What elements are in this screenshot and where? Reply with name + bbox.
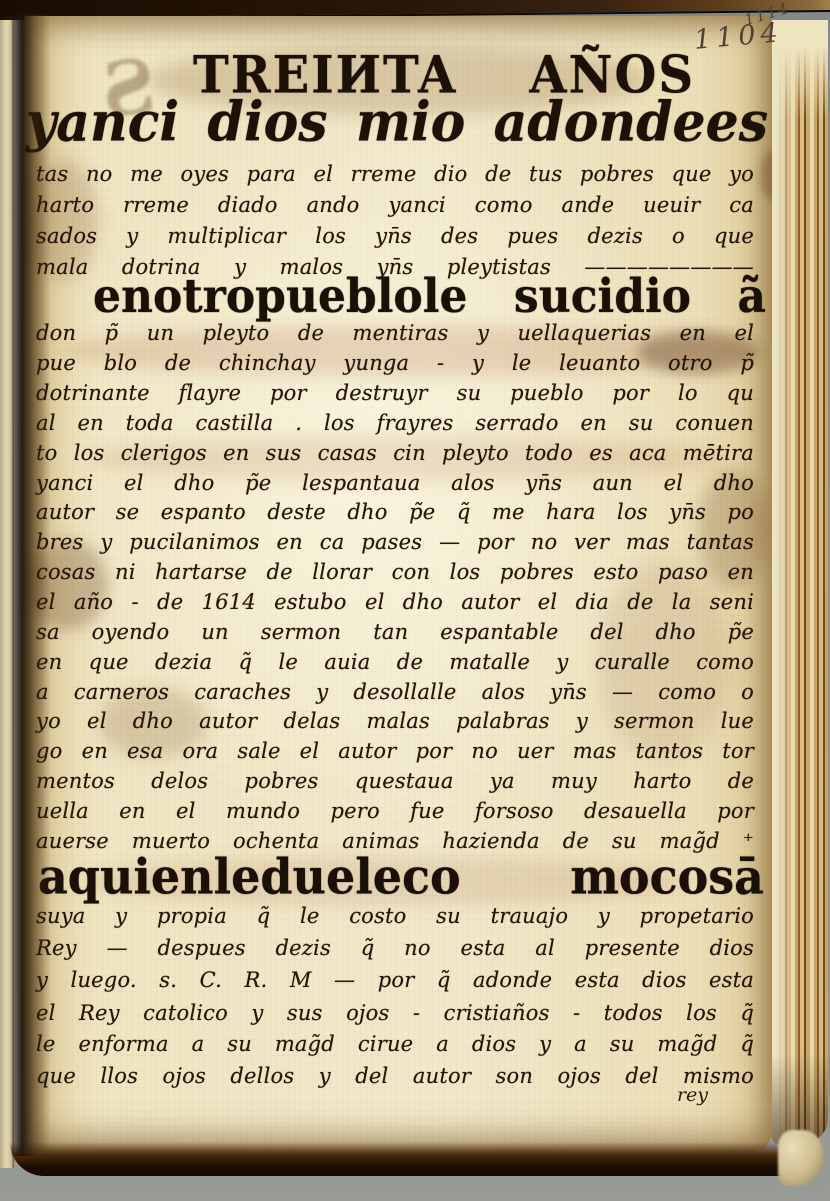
body-line: uella en el mundo pero fue forsoso desau… <box>36 800 754 823</box>
body-line: y luego. s. C. R. M — por q̃ adonde esta… <box>36 969 754 992</box>
body-line: al en toda castilla . los frayres serrad… <box>36 412 754 435</box>
body-line: suya y propia q̃ le costo su trauajo y p… <box>36 905 754 928</box>
facing-page-edge <box>0 8 14 1168</box>
body-line: harto rreme diado ando yanci como ande u… <box>36 194 754 217</box>
body-line: Rey — despues dezis q̃ no esta al presen… <box>36 937 754 960</box>
body-line: don p̃ un pleyto de mentiras y uellaquer… <box>36 322 754 345</box>
body-line: yanci el dho p̃e lespantaua alos yn̄s au… <box>36 472 754 495</box>
body-line: autor se espanto deste dho p̃e q̃ me har… <box>36 501 754 524</box>
body-line: go en esa ora sale el autor por no uer m… <box>36 740 754 763</box>
body-line: bres y pucilanimos en ca pases — por no … <box>36 531 754 554</box>
body-line: a carneros caraches y desollalle alos yn… <box>36 681 754 704</box>
body-line: to los clerigos en sus casas cin pleyto … <box>36 442 754 465</box>
catchword: rey <box>677 1084 708 1106</box>
opening-line: yanci dios mio adondees <box>26 96 768 150</box>
body-line: en que dezia q̃ le auia de matalle y cur… <box>36 651 754 674</box>
body-line: le enforma a su mag̃d cirue a dios y a s… <box>36 1033 754 1056</box>
body-line: pue blo de chinchay yunga - y le leuanto… <box>36 352 754 375</box>
photo-background: S TREIИTA AÑOS yanci dios mio adondees t… <box>0 0 830 1201</box>
page-corner-curl <box>778 1130 824 1186</box>
section-heading-1: enotropueblole sucidio ã <box>93 274 766 321</box>
page-edges-right <box>772 20 828 1144</box>
page-bottom-shadow <box>10 1142 818 1176</box>
manuscript-page: S TREIИTA AÑOS yanci dios mio adondees t… <box>24 16 772 1152</box>
body-line: cosas ni hartarse de llorar con los pobr… <box>36 561 754 584</box>
body-line: mentos delos pobres questaua ya muy hart… <box>36 770 754 793</box>
body-line: dotrinante flayre por destruyr su pueblo… <box>36 382 754 405</box>
body-line: sa oyendo un sermon tan espantable del d… <box>36 621 754 644</box>
body-line: yo el dho autor delas malas palabras y s… <box>36 710 754 733</box>
body-line: sados y multiplicar los yn̄s des pues de… <box>36 225 754 248</box>
body-line: el Rey catolico y sus ojos - cristiaños … <box>36 1002 754 1025</box>
body-line: el año - de 1614 estubo el dho autor el … <box>36 591 754 614</box>
body-line: que llos ojos dellos y del autor son ojo… <box>36 1065 754 1088</box>
body-line: tas no me oyes para el rreme dio de tus … <box>36 163 754 186</box>
section-heading-2: aquienledueleco mocosā <box>38 852 764 901</box>
